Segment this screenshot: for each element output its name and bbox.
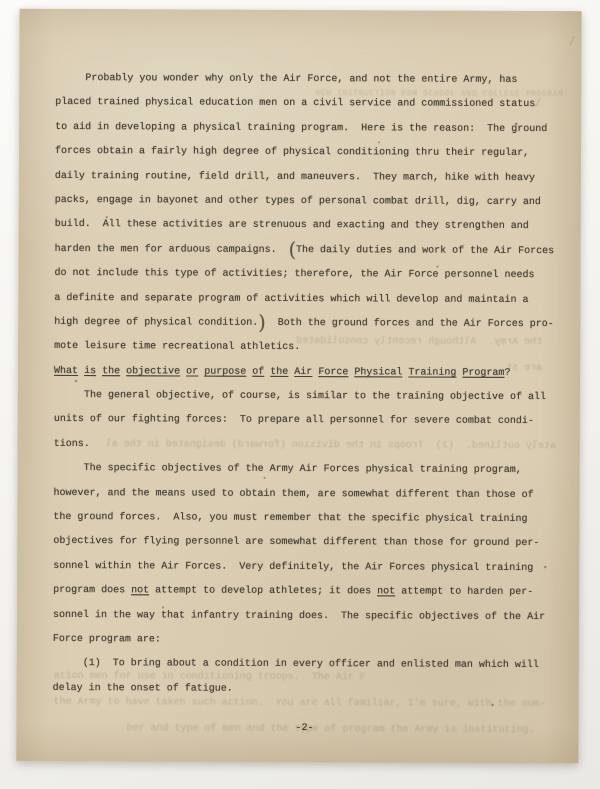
page-number: -2- [52,722,556,735]
text-line: delay in the onset of fatigue. [53,677,557,704]
text-line: build. All these activities are strenuou… [55,213,559,240]
text-segment: harden the men for arduous campaigns. [55,244,289,256]
stray-mark: / [568,35,575,49]
underlined-word: the [102,366,120,377]
underlined-word: of [252,366,264,377]
text-line: daily training routine, field drill, and… [55,164,559,191]
text-segment: Both the ground forces and the Air Force… [266,318,554,330]
text-line: harden the men for arduous campaigns. (T… [55,238,559,265]
underlined-word: Force [318,367,348,378]
underlined-word: is [84,366,96,377]
text-line: The specific objectives of the Army Air … [54,457,558,484]
text-line: high degree of physical condition.) Both… [54,311,558,338]
document-text: Probably you wonder why only the Air For… [53,67,560,703]
text-line: forces obtain a fairly high degree of ph… [55,140,559,167]
text-segment: high degree of physical condition. [54,317,258,329]
underlined-word: not [131,585,149,596]
underlined-word: Program [462,367,504,378]
text-segment: program does [53,585,131,596]
text-line: The general objective, of course, is sim… [54,384,558,411]
text-line: a definite and separate program of activ… [54,286,558,313]
underlined-word: or [186,366,198,377]
underlined-word: objective [126,366,180,377]
text-line: do not include this type of activities; … [54,262,558,289]
scan-background: NEW INSTRUCTION FOR SCHOOL AND COLLEGE P… [0,0,600,789]
document-page: NEW INSTRUCTION FOR SCHOOL AND COLLEGE P… [16,9,581,763]
text-line: tions. [54,433,558,460]
underlined-word: What [54,366,78,377]
underlined-word: Physical [354,367,402,378]
text-line: Probably you wonder why only the Air For… [55,67,559,94]
text-line: sonnel within the Air Forces. Very defin… [53,555,557,582]
underlined-word: purpose [204,366,246,377]
text-line: however, and the means used to obtain th… [53,482,557,509]
text-line: placed trained physical education men on… [55,91,559,118]
text-line: Force program are: [53,628,557,655]
text-line: packs, engage in bayonet and other types… [55,189,559,216]
handwritten-paren: ) [258,317,265,328]
text-line: sonnel in the way that infantry training… [53,604,557,631]
handwritten-paren: ( [289,244,296,255]
text-line: program does not attempt to develop athl… [53,579,557,606]
underlined-word: the [270,367,288,378]
text-segment: attempt to harden per- [395,587,533,599]
text-segment: The daily duties and work of the Air For… [296,245,554,257]
text-line: to aid in developing a physical training… [55,116,559,143]
text-segment: attempt to develop athletes; it does [149,586,377,598]
text-line: mote leisure time recreational athletics… [54,335,558,362]
underlined-word: not [377,587,395,598]
text-line: objectives for flying personnel are some… [53,530,557,557]
underlined-word: Training [408,367,456,378]
bleed-through-layer: NEW INSTRUCTION FOR SCHOOL AND COLLEGE P… [20,9,582,11]
text-line: (1) To bring about a condition in every … [53,652,557,679]
text-line: units of our fighting forces: To prepare… [54,408,558,435]
text-line: the ground forces. Also, you must rememb… [53,506,557,533]
section-heading: What is the objective or purpose of the … [54,360,558,387]
underlined-word: Air [294,367,312,378]
